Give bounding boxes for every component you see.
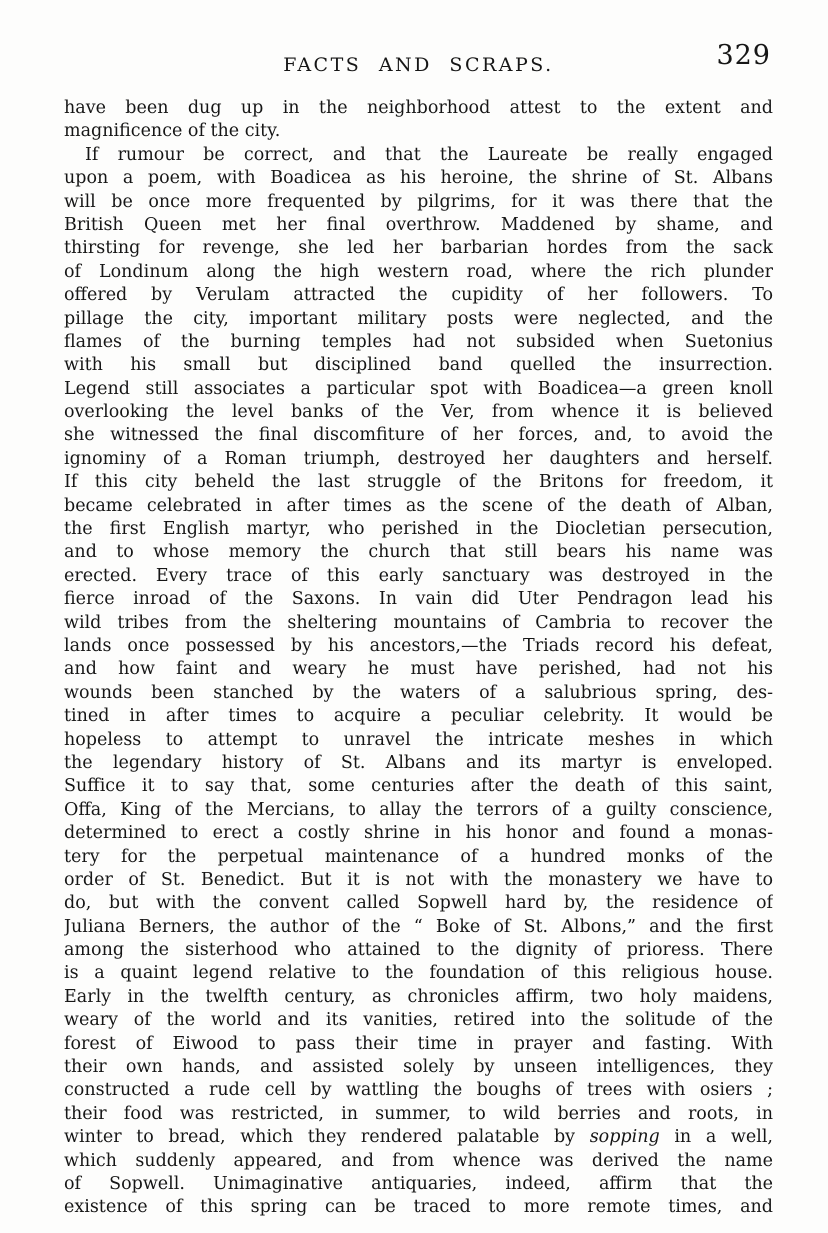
text-line: upon a poem, with Boadicea as his heroin… bbox=[64, 167, 773, 190]
text-line: Juliana Berners, the author of the “ Bok… bbox=[64, 916, 773, 939]
text-line: wounds been stanched by the waters of a … bbox=[64, 682, 773, 705]
text-line: determined to erect a costly shrine in h… bbox=[64, 822, 773, 845]
text-line: their own hands, and assisted solely by … bbox=[64, 1056, 773, 1079]
text-line: existence of this spring can be traced t… bbox=[64, 1196, 773, 1219]
scanned-page: FACTS AND SCRAPS. 329 have been dug up i… bbox=[0, 0, 828, 1233]
text-line: of Londinum along the high western road,… bbox=[64, 261, 773, 284]
text-line: Legend still associates a particular spo… bbox=[64, 378, 773, 401]
text-line: will be once more frequented by pilgrims… bbox=[64, 191, 773, 214]
text-line: have been dug up in the neighborhood att… bbox=[64, 97, 773, 120]
text-line: ignominy of a Roman triumph, destroyed h… bbox=[64, 448, 773, 471]
text-line: the first English martyr, who perished i… bbox=[64, 518, 773, 541]
text-segment: winter to bread, which they rendered pal… bbox=[64, 1127, 590, 1147]
text-line: Suffice it to say that, some centuries a… bbox=[64, 775, 773, 798]
body-text: have been dug up in the neighborhood att… bbox=[64, 97, 773, 1220]
text-line: If rumour be correct, and that the Laure… bbox=[64, 144, 773, 167]
page-number: 329 bbox=[716, 40, 771, 71]
text-line: of Sopwell. Unimaginative antiquaries, i… bbox=[64, 1173, 773, 1196]
text-line: winter to bread, which they rendered pal… bbox=[64, 1126, 773, 1149]
text-segment: in a well, bbox=[660, 1127, 773, 1147]
text-line: is a quaint legend relative to the found… bbox=[64, 962, 773, 985]
text-line: constructed a rude cell by wattling the … bbox=[64, 1079, 773, 1102]
text-line: If this city beheld the last struggle of… bbox=[64, 471, 773, 494]
text-line: tery for the perpetual maintenance of a … bbox=[64, 846, 773, 869]
running-title: FACTS AND SCRAPS. bbox=[64, 54, 773, 76]
text-line: weary of the world and its vanities, ret… bbox=[64, 1009, 773, 1032]
text-line: erected. Every trace of this early sanct… bbox=[64, 565, 773, 588]
page-header: FACTS AND SCRAPS. 329 bbox=[64, 48, 773, 82]
text-line: which suddenly appeared, and from whence… bbox=[64, 1150, 773, 1173]
text-line: overlooking the level banks of the Ver, … bbox=[64, 401, 773, 424]
text-line: pillage the city, important military pos… bbox=[64, 308, 773, 331]
text-line: lands once possessed by his ancestors,—t… bbox=[64, 635, 773, 658]
text-line: Offa, King of the Mercians, to allay the… bbox=[64, 799, 773, 822]
text-line: their food was restricted, in summer, to… bbox=[64, 1103, 773, 1126]
text-line: the legendary history of St. Albans and … bbox=[64, 752, 773, 775]
text-line: became celebrated in after times as the … bbox=[64, 495, 773, 518]
text-line: and how faint and weary he must have per… bbox=[64, 658, 773, 681]
text-line: among the sisterhood who attained to the… bbox=[64, 939, 773, 962]
text-line: and to whose memory the church that stil… bbox=[64, 541, 773, 564]
text-line: British Queen met her final overthrow. M… bbox=[64, 214, 773, 237]
text-line: she witnessed the final discomfiture of … bbox=[64, 424, 773, 447]
text-line: wild tribes from the sheltering mountain… bbox=[64, 612, 773, 635]
text-line: Early in the twelfth century, as chronic… bbox=[64, 986, 773, 1009]
text-line: tined in after times to acquire a peculi… bbox=[64, 705, 773, 728]
text-line: order of St. Benedict. But it is not wit… bbox=[64, 869, 773, 892]
text-line: thirsting for revenge, she led her barba… bbox=[64, 237, 773, 260]
text-line: magnificence of the city. bbox=[64, 120, 773, 143]
italic-text-segment: sopping bbox=[590, 1127, 660, 1147]
text-line: forest of Eiwood to pass their time in p… bbox=[64, 1033, 773, 1056]
text-line: flames of the burning temples had not su… bbox=[64, 331, 773, 354]
text-line: do, but with the convent called Sopwell … bbox=[64, 892, 773, 915]
text-line: offered by Verulam attracted the cupidit… bbox=[64, 284, 773, 307]
text-line: with his small but disciplined band quel… bbox=[64, 354, 773, 377]
text-line: hopeless to attempt to unravel the intri… bbox=[64, 729, 773, 752]
text-line: fierce inroad of the Saxons. In vain did… bbox=[64, 588, 773, 611]
